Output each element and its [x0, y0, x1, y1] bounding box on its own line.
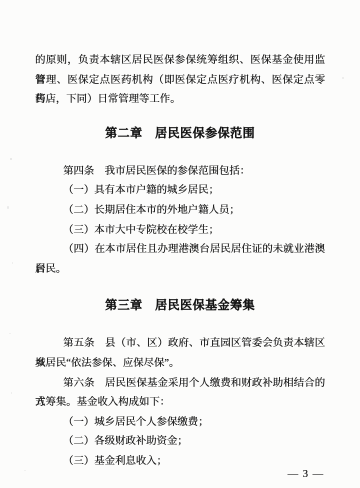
- article5-line: 第五条 县（市、区）政府、市直园区管委会负责本辖区城: [35, 334, 325, 354]
- scan-speck: [9, 333, 11, 334]
- article6-wrap: 式筹集。基金收入构成如下：: [35, 393, 325, 413]
- paragraph-line: 的原则，负责本辖区居民医保参保统筹组织、医保基金使用监督: [35, 51, 325, 71]
- article4-item2: （二）长期居住本市的外地户籍人员；: [35, 201, 325, 221]
- article4-item1: （一）具有本市户籍的城乡居民；: [35, 181, 325, 201]
- article6-line: 第六条 居民医保基金采用个人缴费和财政补助相结合的方: [35, 374, 325, 394]
- document-page: 的原则，负责本辖区居民医保参保统筹组织、医保基金使用监督 管理、医保定点医药机构…: [0, 0, 360, 488]
- paragraph-line: 管理、医保定点医药机构（即医保定点医疗机构、医保定点零售: [35, 71, 325, 91]
- article4-item4-wrap: 居民。: [35, 260, 325, 280]
- article4-item4: （四）在本市居住且办理港澳台居民居住证的未就业港澳台: [35, 240, 325, 260]
- chapter3-heading: 第三章 居民医保基金筹集: [35, 295, 325, 315]
- scan-speck: [7, 206, 9, 209]
- page-number: — 3 —: [288, 467, 325, 483]
- article4-lead: 第四条 我市居民医保的参保范围包括：: [35, 162, 325, 182]
- scan-speck: [10, 158, 12, 160]
- paragraph-line: 药店，下同）日常管理等工作。: [35, 90, 325, 110]
- article6-item1: （一）城乡居民个人参保缴费；: [35, 413, 325, 433]
- scan-speck: [24, 470, 26, 471]
- article6-item2: （二）各级财政补助资金；: [35, 432, 325, 452]
- article5-wrap: 乡居民“依法参保、应保尽保”。: [35, 354, 325, 374]
- chapter2-heading: 第二章 居民医保参保范围: [35, 123, 325, 143]
- article4-item3: （三）本市大中专院校在校学生；: [35, 221, 325, 241]
- scan-speck: [12, 262, 13, 264]
- article6-item3: （三）基金利息收入；: [35, 452, 325, 472]
- text-column: 的原则，负责本辖区居民医保参保统筹组织、医保基金使用监督 管理、医保定点医药机构…: [35, 51, 325, 472]
- scan-speck: [11, 392, 12, 394]
- scan-speck: [342, 77, 344, 79]
